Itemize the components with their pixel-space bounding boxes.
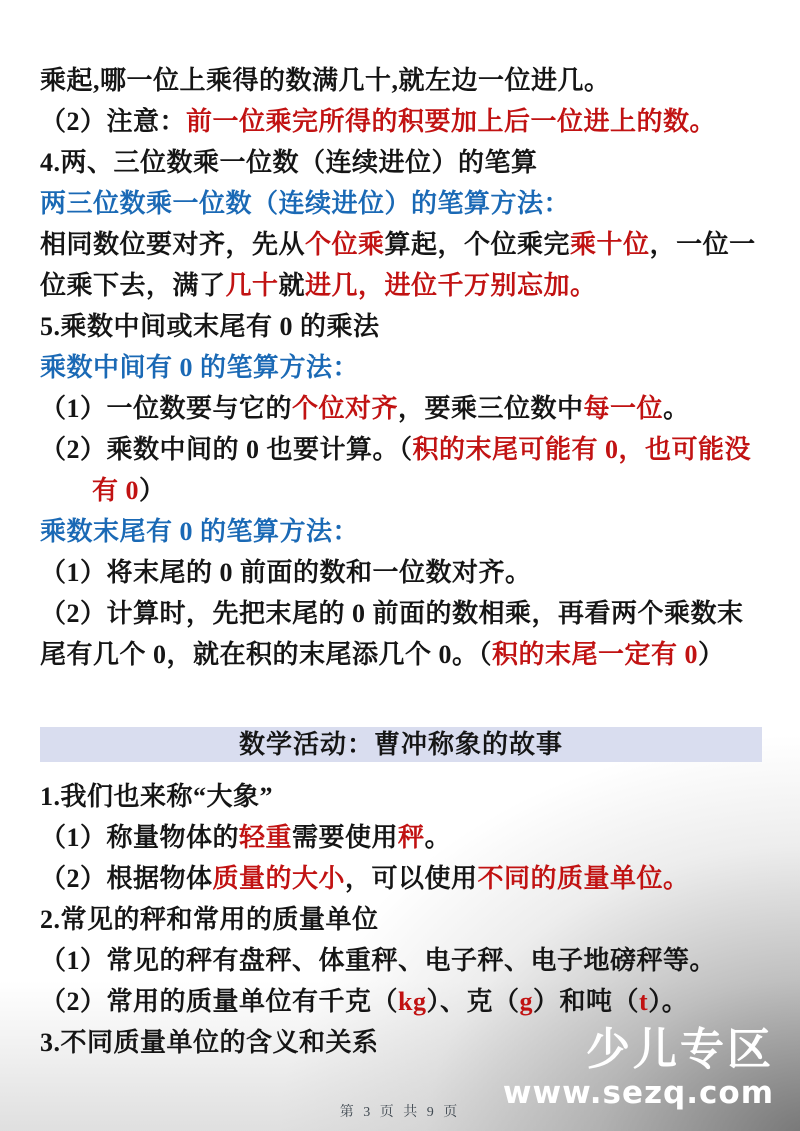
- text-segment-k: 算起，个位乘完: [385, 230, 571, 259]
- text-line: 乘数末尾有 0 的笔算方法：: [40, 511, 762, 552]
- text-line: 2.常见的秤和常用的质量单位: [40, 899, 762, 940]
- text-segment-r: 秤: [398, 823, 425, 852]
- text-line: （2）乘数中间的 0 也要计算。（积的末尾可能有 0，也可能没: [40, 429, 762, 470]
- text-line: 尾有几个 0，就在积的末尾添几个 0。（积的末尾一定有 0）: [40, 634, 762, 675]
- text-line: （2）注意：前一位乘完所得的积要加上后一位进上的数。: [40, 101, 762, 142]
- text-segment-k: （1）称量物体的: [40, 823, 239, 852]
- text-segment-k: ，可以使用: [345, 864, 478, 893]
- text-segment-r: 不同的质量单位。: [478, 864, 690, 893]
- text-segment-k: 2.常见的秤和常用的质量单位: [40, 905, 379, 934]
- text-segment-k: 1.我们也来称“大象”: [40, 782, 273, 811]
- text-segment-r: 每一位: [584, 394, 664, 423]
- text-segment-r: 前一位乘完所得的积要加上后一位进上的数。: [186, 107, 716, 136]
- text-segment-r: t: [639, 987, 648, 1016]
- text-line: 两三位数乘一位数（连续进位）的笔算方法：: [40, 183, 762, 224]
- text-segment-k: ）: [698, 640, 725, 669]
- text-segment-k: （1）常见的秤有盘秤、体重秤、电子秤、电子地磅秤等。: [40, 946, 716, 975]
- text-segment-k: 3.不同质量单位的含义和关系: [40, 1028, 379, 1057]
- text-segment-k: ）。: [648, 987, 688, 1016]
- text-line: 位乘下去，满了几十就进几，进位千万别忘加。: [40, 265, 762, 306]
- text-segment-k: 需要使用: [292, 823, 398, 852]
- text-line: （1）常见的秤有盘秤、体重秤、电子秤、电子地磅秤等。: [40, 940, 762, 981]
- text-segment-r: 进几，进位千万别忘加。: [305, 271, 597, 300]
- text-segment-k: 5.乘数中间或末尾有 0 的乘法: [40, 312, 380, 341]
- text-segment-r: 几十: [226, 271, 279, 300]
- text-segment-k: （1）一位数要与它的: [40, 394, 292, 423]
- watermark-title: 少儿专区: [503, 1028, 774, 1072]
- text-line: （1）一位数要与它的个位对齐，要乘三位数中每一位。: [40, 388, 762, 429]
- text-segment-r: 个位乘: [305, 230, 385, 259]
- section-header: 数学活动：曹冲称象的故事: [40, 727, 762, 762]
- text-segment-k: 就: [279, 271, 306, 300]
- text-segment-r: 质量的大小: [213, 864, 346, 893]
- text-segment-k: 相同数位要对齐，先从: [40, 230, 305, 259]
- text-line: 乘数中间有 0 的笔算方法：: [40, 347, 762, 388]
- text-segment-r: 轻重: [239, 823, 292, 852]
- text-segment-k: （2）常用的质量单位有千克（: [40, 987, 398, 1016]
- text-line: 5.乘数中间或末尾有 0 的乘法: [40, 306, 762, 347]
- text-segment-k: 4.两、三位数乘一位数（连续进位）的笔算: [40, 148, 538, 177]
- text-segment-r: 乘十位: [570, 230, 650, 259]
- watermark-url: www.sezq.com: [503, 1078, 774, 1109]
- text-segment-r: 积的末尾可能有 0，也可能没: [413, 435, 752, 464]
- text-segment-k: ，一位一: [650, 230, 756, 259]
- text-segment-b: 两三位数乘一位数（连续进位）的笔算方法：: [40, 189, 570, 218]
- text-line: （2）根据物体质量的大小，可以使用不同的质量单位。: [40, 858, 762, 899]
- text-segment-k: （2）乘数中间的 0 也要计算。（: [40, 435, 413, 464]
- text-segment-k: ）: [139, 476, 166, 505]
- text-line: 1.我们也来称“大象”: [40, 776, 762, 817]
- text-segment-k: ）、克（: [426, 987, 519, 1016]
- text-line: 乘起,哪一位上乘得的数满几十,就左边一位进几。: [40, 60, 762, 101]
- text-segment-k: ）和吨（: [533, 987, 639, 1016]
- text-line: （1）称量物体的轻重需要使用秤。: [40, 817, 762, 858]
- text-line: （2）计算时，先把末尾的 0 前面的数相乘，再看两个乘数末: [40, 593, 762, 634]
- text-segment-k: （1）将末尾的 0 前面的数和一位数对齐。: [40, 558, 532, 587]
- text-segment-k: 。: [663, 394, 690, 423]
- text-segment-r: 有 0: [92, 476, 139, 505]
- text-segment-b: 乘数末尾有 0 的笔算方法：: [40, 517, 359, 546]
- text-segment-k: 。: [425, 823, 452, 852]
- text-segment-r: kg: [398, 987, 426, 1016]
- document-page: 乘起,哪一位上乘得的数满几十,就左边一位进几。（2）注意：前一位乘完所得的积要加…: [0, 0, 800, 1131]
- text-segment-k: （2）注意：: [40, 107, 186, 136]
- text-segment-k: （2）计算时，先把末尾的 0 前面的数相乘，再看两个乘数末: [40, 599, 744, 628]
- text-line: （2）常用的质量单位有千克（kg）、克（g）和吨（t）。: [40, 981, 762, 1022]
- text-segment-k: 尾有几个 0，就在积的末尾添几个 0。（: [40, 640, 492, 669]
- text-segment-k: 位乘下去，满了: [40, 271, 226, 300]
- document-lines: 乘起,哪一位上乘得的数满几十,就左边一位进几。（2）注意：前一位乘完所得的积要加…: [0, 0, 800, 1063]
- text-segment-k: 乘起,哪一位上乘得的数满几十,就左边一位进几。: [40, 66, 611, 95]
- text-segment-k: ，要乘三位数中: [398, 394, 584, 423]
- text-line: 相同数位要对齐，先从个位乘算起，个位乘完乘十位，一位一: [40, 224, 762, 265]
- text-segment-r: g: [520, 987, 534, 1016]
- text-segment-b: 乘数中间有 0 的笔算方法：: [40, 353, 359, 382]
- text-line: （1）将末尾的 0 前面的数和一位数对齐。: [40, 552, 762, 593]
- text-segment-r: 积的末尾一定有 0: [492, 640, 698, 669]
- text-segment-k: 数学活动：曹冲称象的故事: [239, 730, 563, 759]
- text-line: 4.两、三位数乘一位数（连续进位）的笔算: [40, 142, 762, 183]
- text-line: 有 0）: [40, 470, 762, 511]
- watermark: 少儿专区 www.sezq.com: [503, 1028, 774, 1109]
- text-segment-k: （2）根据物体: [40, 864, 213, 893]
- text-segment-r: 个位对齐: [292, 394, 398, 423]
